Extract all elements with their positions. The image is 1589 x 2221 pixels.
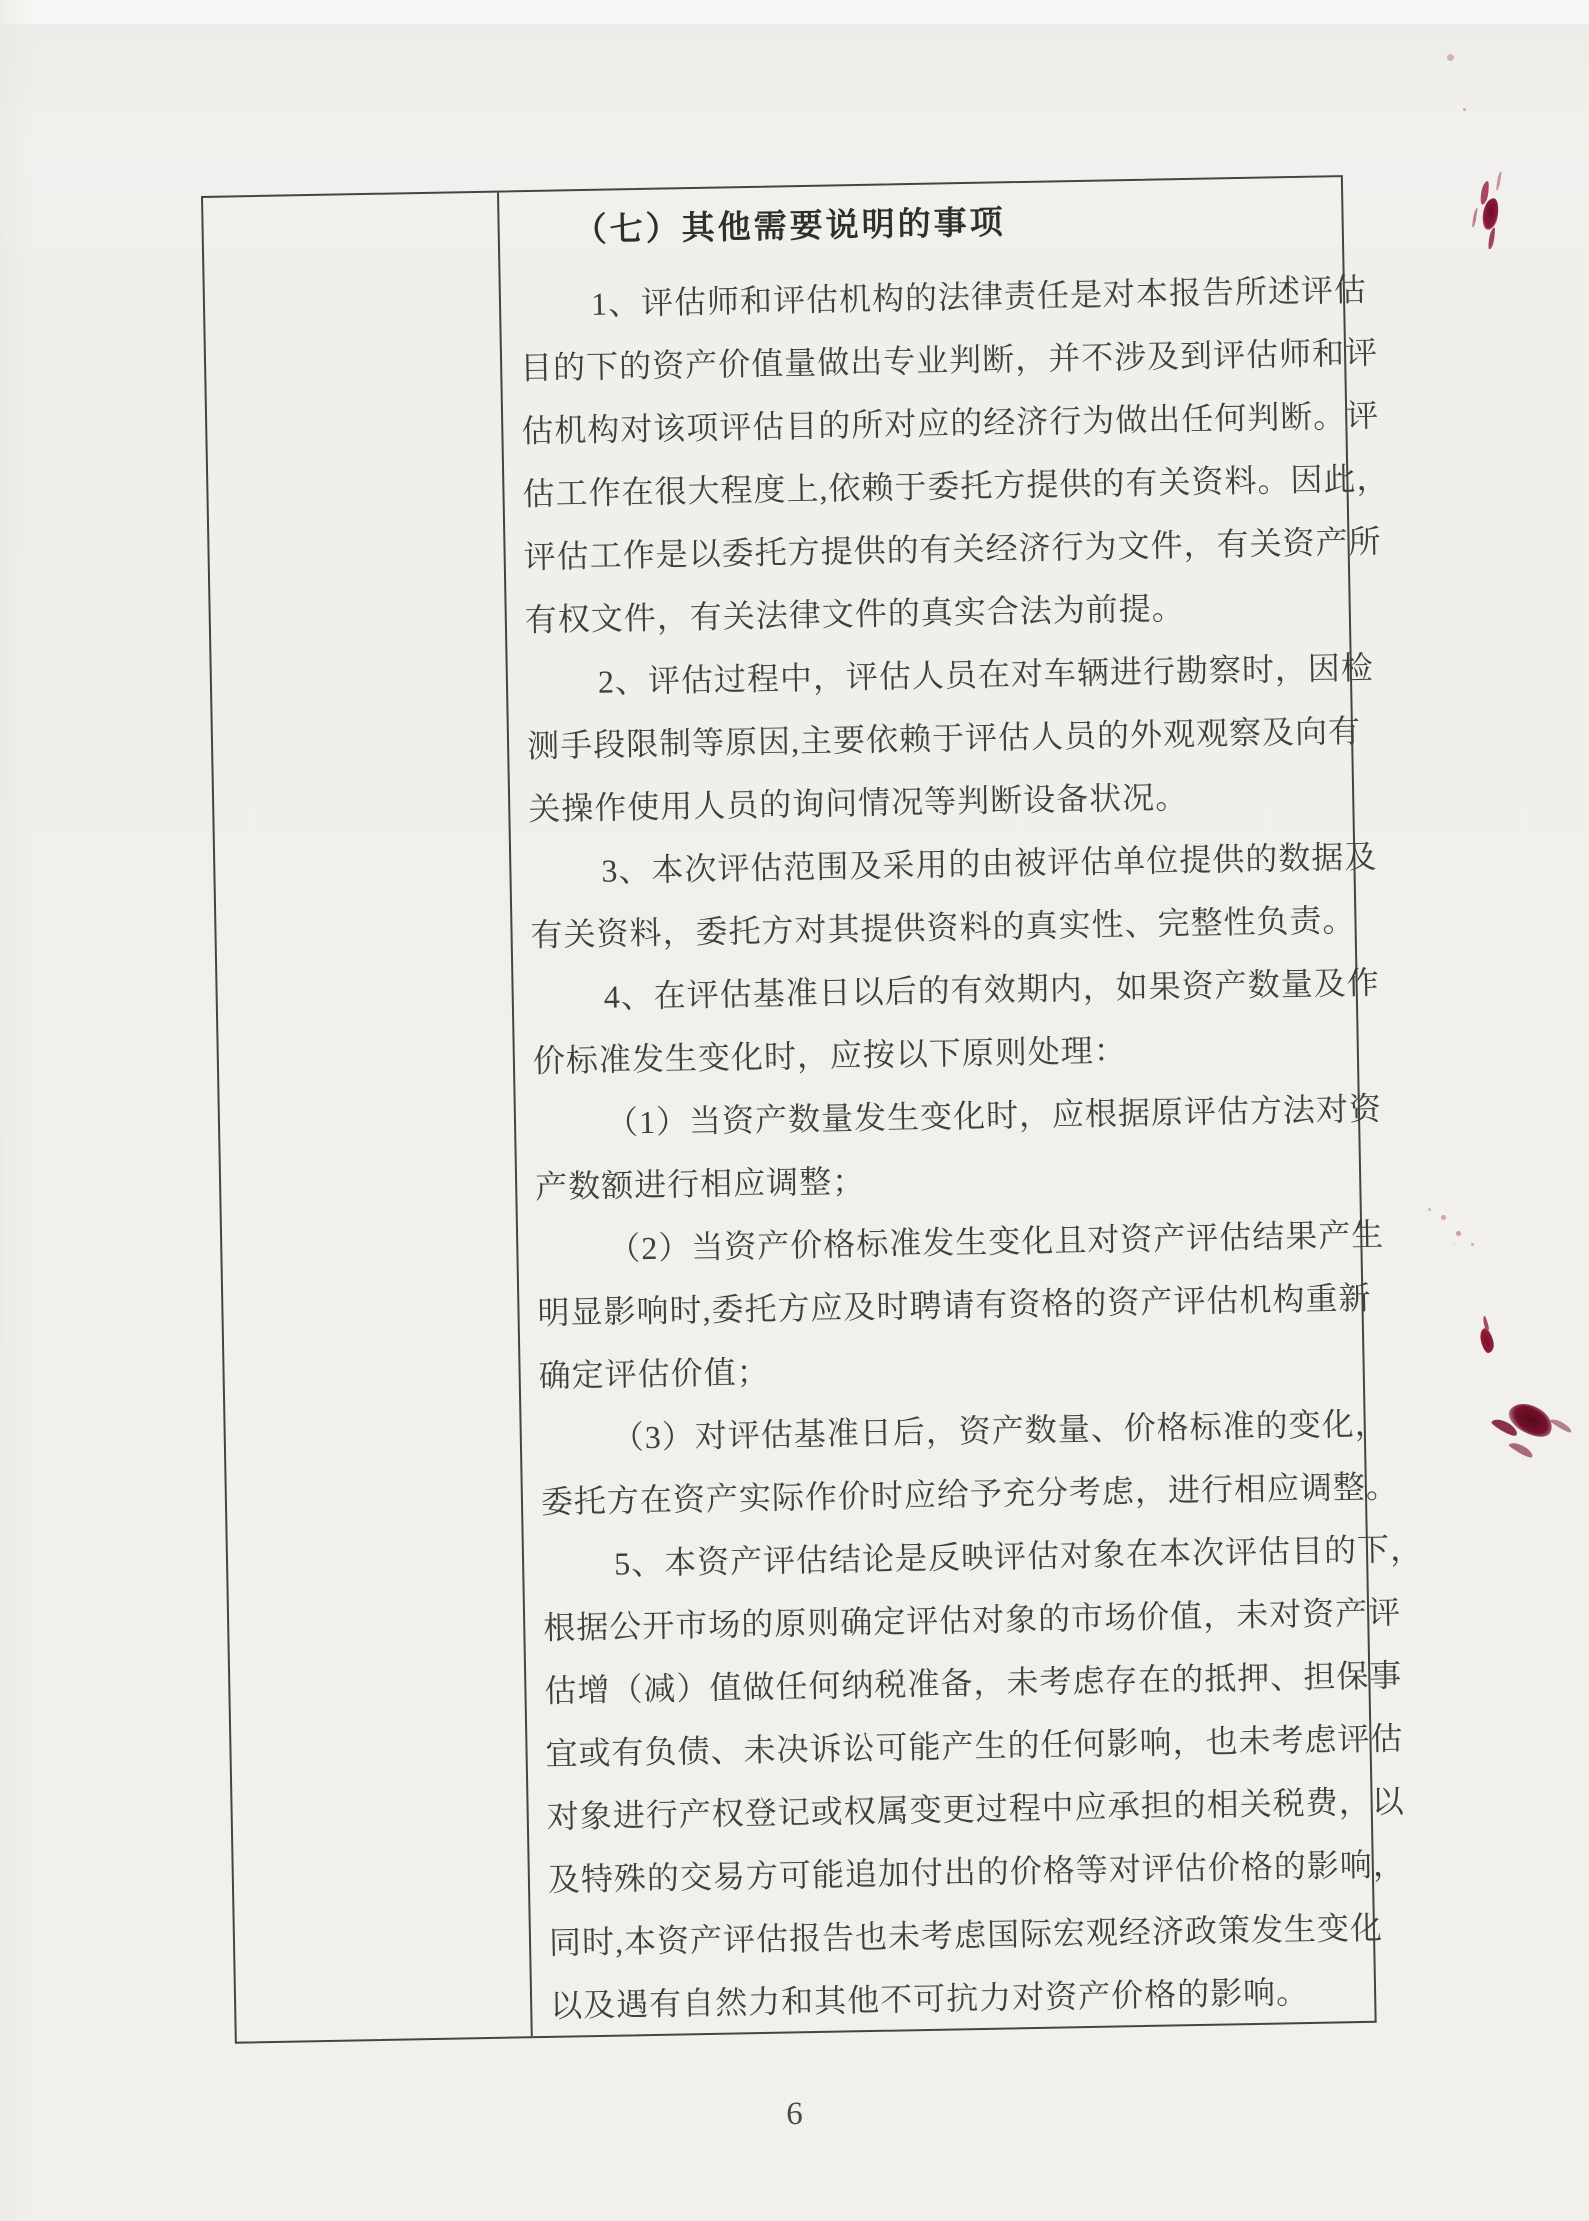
red-ink-stain-top-right: [1481, 197, 1501, 231]
red-ink-stain-large: [1504, 1396, 1558, 1445]
table-left-cell: [203, 193, 533, 2042]
section-heading: （七）其他需要说明的事项: [517, 193, 1330, 256]
paragraph-lines: 1、评估师和评估机构的法律责任是对本报告所述评估 目的下的资产价值量做出专业判断…: [518, 259, 1362, 2038]
text-line: 以及遇有自然力和其他不可抗力对资产价格的影响。: [550, 1960, 1363, 2038]
table-content-cell: （七）其他需要说明的事项 1、评估师和评估机构的法律责任是对本报告所述评估 目的…: [499, 177, 1375, 2036]
report-table: （七）其他需要说明的事项 1、评估师和评估机构的法律责任是对本报告所述评估 目的…: [201, 175, 1377, 2044]
red-ink-speckle-cluster: [1441, 1215, 1446, 1220]
scan-artifact-gray-band: [0, 24, 1589, 144]
scan-artifact-left-edge: [0, 0, 36, 2221]
page-number: 6: [0, 2096, 1589, 2133]
scan-artifact-top-strip: [0, 0, 1589, 24]
scanned-report-page: { "page": { "number": "6" }, "section": …: [0, 0, 1589, 2221]
red-ink-stain-small: [1478, 1327, 1496, 1354]
red-ink-speck-top: [1447, 54, 1454, 61]
